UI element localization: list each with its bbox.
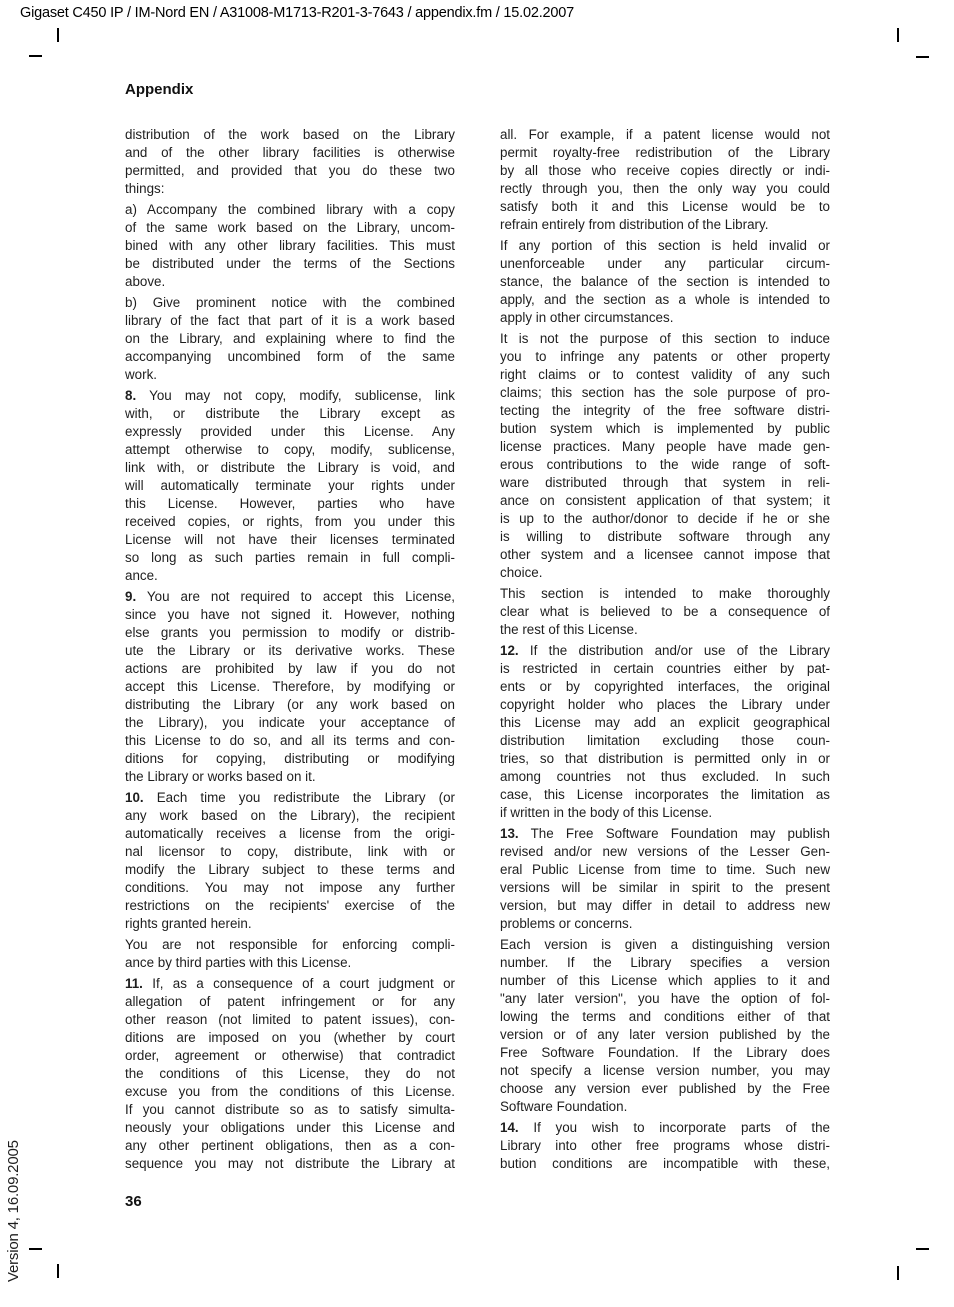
paragraph: It is not the purpose of this section to… [500, 330, 830, 582]
page-title: Appendix [125, 81, 193, 98]
text-line: copyright holder who places the Library … [500, 696, 830, 714]
text-line: allegation of patent infringement or for… [125, 993, 455, 1011]
paragraph: Each version is given a distinguishing v… [500, 936, 830, 1116]
text-line: else grants you permission to modify or … [125, 624, 455, 642]
text-line: restrictions on the recipients' exercise… [125, 897, 455, 915]
text-line: bution conditions are incompatible with … [500, 1155, 830, 1173]
text-line: library of the fact that part of it is a… [125, 312, 455, 330]
text-line: this License. However, parties who have [125, 495, 455, 513]
text-line: ance. [125, 567, 455, 585]
text-line: versions will be similar in spirit to th… [500, 879, 830, 897]
paragraph: 11. If, as a consequence of a court judg… [125, 975, 455, 1173]
text-line: It is not the purpose of this section to… [500, 330, 830, 348]
text-line: Library into other free programs whose d… [500, 1137, 830, 1155]
text-line: since you have not signed it. However, n… [125, 606, 455, 624]
text-line: distribution of the work based on the Li… [125, 126, 455, 144]
text-line: erous contributions to the wide range of… [500, 456, 830, 474]
text-line: Free Software Foundation. If the Library… [500, 1044, 830, 1062]
text-line: ware distributed through that system in … [500, 474, 830, 492]
text-column-right: all. For example, if a patent license wo… [500, 126, 830, 1173]
text-line: ditions are imposed on you (whether by c… [125, 1029, 455, 1047]
text-line: version or of any later version publishe… [500, 1026, 830, 1044]
paragraph: 14. If you wish to incorporate parts of … [500, 1119, 830, 1173]
text-line: among countries not thus excluded. In su… [500, 768, 830, 786]
paragraph: This section is intended to make thoroug… [500, 585, 830, 639]
text-line: 11. If, as a consequence of a court judg… [125, 975, 455, 993]
text-line: all. For example, if a patent license wo… [500, 126, 830, 144]
paragraph: 13. The Free Software Foundation may pub… [500, 825, 830, 933]
text-line: problems or concerns. [500, 915, 830, 933]
text-line: the rest of this License. [500, 621, 830, 639]
text-line: ance by third parties with this License. [125, 954, 455, 972]
text-line: if written in the body of this License. [500, 804, 830, 822]
paragraph: distribution of the work based on the Li… [125, 126, 455, 198]
paragraph: 8. You may not copy, modify, sublicense,… [125, 387, 455, 585]
text-line: If any portion of this section is held i… [500, 237, 830, 255]
text-line: b) Give prominent notice with the combin… [125, 294, 455, 312]
text-line: accept this License. Therefore, by modif… [125, 678, 455, 696]
section-number: 10. [125, 790, 144, 805]
text-line: nal licensor to copy, distribute, link w… [125, 843, 455, 861]
text-line: work. [125, 366, 455, 384]
text-line: lowing the terms and conditions either o… [500, 1008, 830, 1026]
text-line: number. If the Library specifies a versi… [500, 954, 830, 972]
text-line: on the Library, and explaining where to … [125, 330, 455, 348]
text-line: satisfy both it and this License would b… [500, 198, 830, 216]
text-line: apply in other circumstances. [500, 309, 830, 327]
text-line: distribution limitation excluding those … [500, 732, 830, 750]
crop-mark-bottom-left-vertical [57, 1264, 59, 1278]
text-line: 8. You may not copy, modify, sublicense,… [125, 387, 455, 405]
text-line: ditions for copying, distributing or mod… [125, 750, 455, 768]
text-line: case, this License incorporates the limi… [500, 786, 830, 804]
text-line: ents or by copyrighted interfaces, the o… [500, 678, 830, 696]
paragraph: a) Accompany the combined library with a… [125, 201, 455, 291]
text-line: expressly provided under this License. A… [125, 423, 455, 441]
document-page: Gigaset C450 IP / IM-Nord EN / A31008-M1… [0, 0, 954, 1307]
text-line: conditions. You may not impose any furth… [125, 879, 455, 897]
text-line: automatically receives a license from th… [125, 825, 455, 843]
text-line: ance on consistent application of that s… [500, 492, 830, 510]
crop-mark-top-right-horizontal [916, 56, 929, 58]
text-column-left: distribution of the work based on the Li… [125, 126, 455, 1173]
section-number: 14. [500, 1120, 519, 1135]
text-line: stance, the balance of the section is in… [500, 273, 830, 291]
crop-mark-top-left-horizontal [29, 55, 42, 57]
text-line: bution system which is implemented by pu… [500, 420, 830, 438]
text-line: 13. The Free Software Foundation may pub… [500, 825, 830, 843]
text-line: Software Foundation. [500, 1098, 830, 1116]
text-line: attempt otherwise to copy, modify, subli… [125, 441, 455, 459]
text-line: you to infringe any patents or other pro… [500, 348, 830, 366]
text-line: other reason (not limited to patent issu… [125, 1011, 455, 1029]
text-line: not specify a license version number, yo… [500, 1062, 830, 1080]
text-line: You are not responsible for enforcing co… [125, 936, 455, 954]
text-line: the Library), you indicate your acceptan… [125, 714, 455, 732]
text-line: be distributed under the terms of the Se… [125, 255, 455, 273]
text-line: this License may add an explicit geograp… [500, 714, 830, 732]
paragraph: all. For example, if a patent license wo… [500, 126, 830, 234]
text-line: by all those who receive copies directly… [500, 162, 830, 180]
text-line: above. [125, 273, 455, 291]
text-line: is up to the author/donor to decide if h… [500, 510, 830, 528]
text-line: things: [125, 180, 455, 198]
text-line: rights granted herein. [125, 915, 455, 933]
paragraph: 10. Each time you redistribute the Libra… [125, 789, 455, 933]
text-line: eral Public License from time to time. S… [500, 861, 830, 879]
text-line: modify the Library subject to these term… [125, 861, 455, 879]
text-line: claims; this section has the sole purpos… [500, 384, 830, 402]
text-line: "any later version", you have the option… [500, 990, 830, 1008]
text-line: choose any version ever published by the… [500, 1080, 830, 1098]
section-number: 9. [125, 589, 136, 604]
text-line: received copies, or rights, from you und… [125, 513, 455, 531]
crop-mark-bottom-right-horizontal [916, 1248, 929, 1250]
paragraph: You are not responsible for enforcing co… [125, 936, 455, 972]
text-line: actions are prohibited by law if you do … [125, 660, 455, 678]
text-line: choice. [500, 564, 830, 582]
paragraph: 9. You are not required to accept this L… [125, 588, 455, 786]
text-line: 12. If the distribution and/or use of th… [500, 642, 830, 660]
crop-mark-bottom-left-horizontal [29, 1248, 42, 1250]
paragraph: b) Give prominent notice with the combin… [125, 294, 455, 384]
section-number: 12. [500, 643, 519, 658]
text-line: revised and/or new versions of the Lesse… [500, 843, 830, 861]
section-number: 13. [500, 826, 519, 841]
paragraph: If any portion of this section is held i… [500, 237, 830, 327]
text-line: a) Accompany the combined library with a… [125, 201, 455, 219]
text-line: number of this License which applies to … [500, 972, 830, 990]
paragraph: 12. If the distribution and/or use of th… [500, 642, 830, 822]
text-line: and of the other library facilities is o… [125, 144, 455, 162]
text-line: version, but may differ in detail to add… [500, 897, 830, 915]
text-line: so long as such parties remain in full c… [125, 549, 455, 567]
text-line: the Library or works based on it. [125, 768, 455, 786]
text-line: with, or distribute the Library except a… [125, 405, 455, 423]
text-line: clear what is believed to be a consequen… [500, 603, 830, 621]
version-side-note: Version 4, 16.09.2005 [5, 1140, 22, 1282]
section-number: 8. [125, 388, 136, 403]
text-line: of the same work based on the Library, u… [125, 219, 455, 237]
text-line: This section is intended to make thoroug… [500, 585, 830, 603]
text-line: License will not have their licenses ter… [125, 531, 455, 549]
text-line: refrain entirely from distribution of th… [500, 216, 830, 234]
text-line: is willing to distribute software throug… [500, 528, 830, 546]
text-line: sequence you may not distribute the Libr… [125, 1155, 455, 1173]
text-line: 9. You are not required to accept this L… [125, 588, 455, 606]
text-line: 14. If you wish to incorporate parts of … [500, 1119, 830, 1137]
document-header-line: Gigaset C450 IP / IM-Nord EN / A31008-M1… [20, 5, 574, 21]
text-line: accompanying uncombined form of the same [125, 348, 455, 366]
text-line: this License to do so, and all its terms… [125, 732, 455, 750]
section-number: 11. [125, 976, 143, 991]
text-line: tecting the integrity of the free softwa… [500, 402, 830, 420]
text-line: 10. Each time you redistribute the Libra… [125, 789, 455, 807]
text-line: tries, so that distribution is permitted… [500, 750, 830, 768]
text-line: license practices. Many people have made… [500, 438, 830, 456]
text-line: Each version is given a distinguishing v… [500, 936, 830, 954]
text-line: bined with any other library facilities.… [125, 237, 455, 255]
text-line: rectly through you, then the only way yo… [500, 180, 830, 198]
text-line: excuse you from the conditions of this L… [125, 1083, 455, 1101]
text-line: apply, and the section as a whole is int… [500, 291, 830, 309]
crop-mark-bottom-right-vertical [897, 1266, 899, 1280]
text-line: is restricted in certain countries eithe… [500, 660, 830, 678]
text-line: permitted, and provided that you do thes… [125, 162, 455, 180]
text-line: any work based on the Library), the reci… [125, 807, 455, 825]
text-line: any other pertinent obligations, then as… [125, 1137, 455, 1155]
text-line: If you cannot distribute so as to satisf… [125, 1101, 455, 1119]
text-line: order, agreement or otherwise) that cont… [125, 1047, 455, 1065]
crop-mark-top-right-vertical [897, 28, 899, 42]
text-line: link with, or distribute the Library is … [125, 459, 455, 477]
text-line: neously your obligations under this Lice… [125, 1119, 455, 1137]
text-line: permit royalty-free redistribution of th… [500, 144, 830, 162]
text-line: other system and a licensee cannot impos… [500, 546, 830, 564]
text-line: distributing the Library (or any work ba… [125, 696, 455, 714]
text-line: will automatically terminate your rights… [125, 477, 455, 495]
text-line: unenforceable under any particular circu… [500, 255, 830, 273]
text-line: the conditions of this License, they do … [125, 1065, 455, 1083]
crop-mark-top-left-vertical [57, 28, 59, 42]
page-number: 36 [125, 1193, 142, 1210]
text-line: right claims or to contest validity of a… [500, 366, 830, 384]
text-line: ute the Library or its derivative works.… [125, 642, 455, 660]
